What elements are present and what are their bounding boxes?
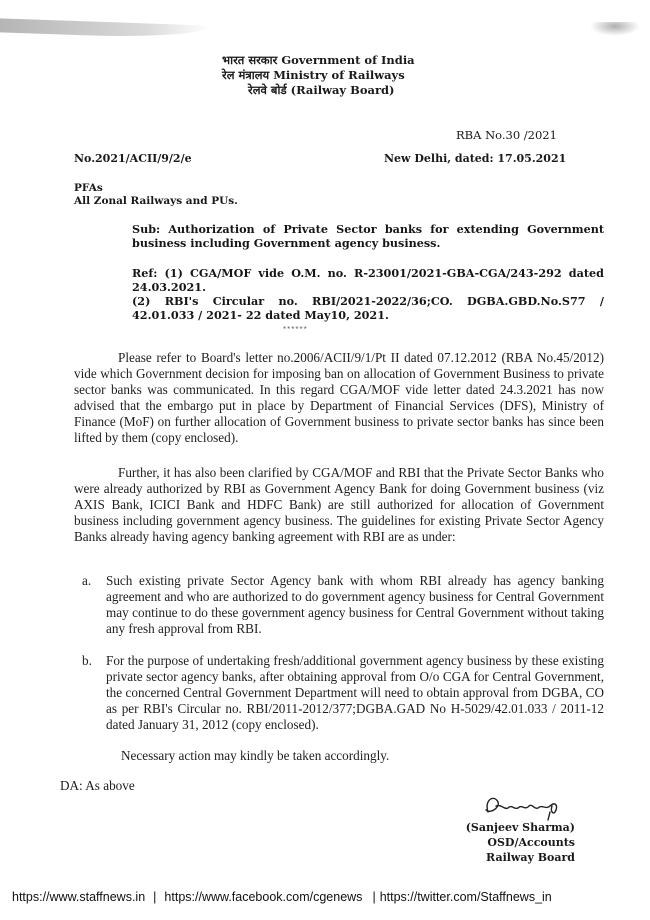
- file-number: No.2021/ACII/9/2/e: [74, 152, 192, 165]
- list-marker: b.: [82, 653, 92, 669]
- subject: Sub: Authorization of Private Sector ban…: [132, 222, 604, 250]
- signatory-designation: OSD/Accounts: [455, 835, 575, 850]
- letterhead-line-2: रेल मंत्रालय Ministry of Railways: [222, 67, 405, 83]
- footer-link-staffnews[interactable]: https://www.staffnews.in: [12, 890, 145, 904]
- signatory-office: Railway Board: [455, 850, 575, 865]
- english-title: Government of India: [281, 53, 414, 67]
- english-ministry: Ministry of Railways: [273, 68, 405, 82]
- scan-shadow: [590, 22, 640, 36]
- signatory-block: (Sanjeev Sharma) OSD/Accounts Railway Bo…: [455, 820, 575, 865]
- place-date: New Delhi, dated: 17.05.2021: [384, 152, 566, 165]
- paragraph-1: Please refer to Board's letter no.2006/A…: [74, 350, 604, 446]
- addressee-line-1: PFAs: [74, 182, 103, 194]
- footer-link-facebook[interactable]: https://www.facebook.com/cgenews: [164, 890, 362, 904]
- footer-link-twitter[interactable]: https://twitter.com/Staffnews_in: [380, 890, 552, 904]
- reference-1: Ref: (1) CGA/MOF vide O.M. no. R-23001/2…: [132, 266, 604, 294]
- paragraph-2: Further, it has also been clarified by C…: [74, 465, 604, 545]
- enclosure-note: DA: As above: [60, 778, 260, 794]
- english-board: (Railway Board): [291, 83, 395, 97]
- guideline-item-b: b. For the purpose of undertaking fresh/…: [106, 653, 604, 733]
- addressee-line-2: All Zonal Railways and PUs.: [74, 195, 238, 207]
- list-marker: a.: [82, 573, 91, 589]
- footer-separator: |: [153, 890, 156, 904]
- separator-stars: ******: [283, 325, 308, 334]
- signatory-name: (Sanjeev Sharma): [455, 820, 575, 835]
- hindi-title: भारत सरकार: [222, 53, 277, 67]
- letterhead-line-1: भारत सरकार Government of India: [222, 52, 415, 68]
- guideline-text: Such existing private Sector Agency bank…: [106, 573, 604, 636]
- guideline-text: For the purpose of undertaking fresh/add…: [106, 653, 604, 732]
- scan-shadow: [0, 18, 210, 39]
- signature-icon: [480, 790, 570, 822]
- hindi-ministry: रेल मंत्रालय: [222, 68, 269, 82]
- reference-2: (2) RBI's Circular no. RBI/2021-2022/36;…: [132, 294, 604, 322]
- rba-number: RBA No.30 /2021: [456, 128, 557, 142]
- document-page: भारत सरकार Government of India रेल मंत्र…: [0, 0, 650, 920]
- guideline-item-a: a. Such existing private Sector Agency b…: [106, 573, 604, 637]
- letterhead-line-3: रेलवे बोर्ड (Railway Board): [248, 82, 395, 98]
- hindi-board: रेलवे बोर्ड: [248, 83, 287, 97]
- footer-separator: |: [372, 890, 375, 904]
- footer-links: https://www.staffnews.in|https://www.fac…: [12, 890, 552, 904]
- closing-line: Necessary action may kindly be taken acc…: [121, 748, 521, 764]
